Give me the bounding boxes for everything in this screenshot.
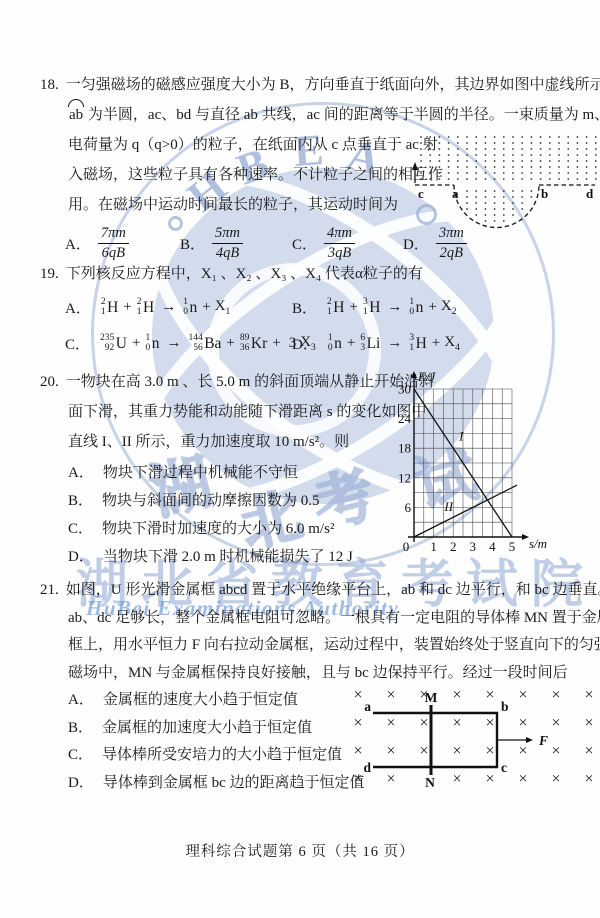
field-dot (503, 166, 505, 168)
q18-magnetic-field-diagram: cabd (408, 128, 600, 232)
x-tick-label: 5 (509, 539, 516, 554)
field-dot (521, 142, 523, 144)
option-label: B． (292, 297, 317, 318)
stem-text: 如图，U 形光滑金属框 abcd 置于水平绝缘平台上，ab 和 dc 边平行，和… (66, 582, 600, 598)
field-dot (494, 220, 496, 222)
line-label-II: II (443, 499, 453, 514)
field-x-mark: × (353, 771, 362, 788)
field-dot (577, 154, 579, 156)
particle-x: X4 (444, 334, 460, 353)
field-dot (494, 154, 496, 156)
y-axis-title: E/J (417, 369, 437, 384)
field-dot (512, 202, 514, 204)
stem-text: 为半圆，ac、bd 与直径 ab 共线，ac 间的距离等于半圆的半径。一束质量为… (84, 107, 600, 123)
label-c: c (501, 760, 507, 775)
field-dot (494, 136, 496, 138)
reaction-arrow: → (166, 335, 181, 352)
field-dot (558, 136, 560, 138)
field-dot (512, 166, 514, 168)
field-x-mark: × (485, 715, 494, 732)
field-dot (420, 172, 422, 174)
field-dot (485, 148, 487, 150)
field-dot (586, 154, 588, 156)
field-dot (521, 202, 523, 204)
field-dot (475, 178, 477, 180)
field-dot (549, 148, 551, 150)
field-dot (494, 208, 496, 210)
field-dot (512, 214, 514, 216)
field-x-mark: × (386, 715, 395, 732)
field-dot (531, 148, 533, 150)
eq-operator: + (349, 299, 357, 316)
field-dot (466, 160, 468, 162)
field-dot (558, 166, 560, 168)
field-dot (595, 172, 597, 174)
field-dot (521, 160, 523, 162)
field-x-mark: × (386, 771, 395, 788)
field-dot (595, 178, 597, 180)
label-b: b (501, 699, 509, 714)
field-dot (494, 196, 496, 198)
field-dot (448, 166, 450, 168)
question-20: 20.一物块在高 3.0 m 、长 5.0 m 的斜面顶端从静止开始沿斜 面下滑… (40, 367, 398, 571)
field-dot (512, 154, 514, 156)
field-dot (567, 148, 569, 150)
exam-page: H B E A 湖 北 考 试 湖北省教育考试院 HuBei Examinati… (0, 0, 600, 918)
particle-x: X2 (441, 298, 457, 317)
option-label: D． (292, 333, 318, 354)
field-dot (558, 172, 560, 174)
field-dot (521, 154, 523, 156)
field-dot (567, 160, 569, 162)
field-dot (586, 178, 588, 180)
field-dot (531, 196, 533, 198)
nuclide: 10n (409, 298, 423, 318)
fraction: 7πm6qB (98, 225, 129, 262)
field-dot (512, 148, 514, 150)
nuclide: 23592U (100, 334, 127, 354)
field-dot (485, 214, 487, 216)
field-dot (595, 160, 597, 162)
field-dot (439, 178, 441, 180)
field-dot (466, 202, 468, 204)
field-x-mark: × (551, 687, 560, 704)
field-dot (512, 136, 514, 138)
option-a: A．物块下滑过程中机械能不守恒 (40, 459, 398, 487)
field-dot (586, 136, 588, 138)
field-dot (521, 190, 523, 192)
field-dot (429, 178, 431, 180)
field-x-mark: × (452, 715, 461, 732)
field-x-mark: × (518, 771, 527, 788)
field-x-mark: × (584, 743, 593, 760)
field-dot (448, 178, 450, 180)
field-dot (540, 148, 542, 150)
arc-ab-label: ab (68, 100, 84, 130)
option-c: C．4πm3qB (292, 225, 355, 262)
field-dot (457, 142, 459, 144)
field-dot (521, 178, 523, 180)
field-dot (475, 196, 477, 198)
field-x-mark: × (419, 743, 428, 760)
eq-operator: + (432, 335, 440, 352)
field-dot (567, 136, 569, 138)
field-x-mark: × (353, 743, 362, 760)
field-dot (448, 154, 450, 156)
field-dot (475, 136, 477, 138)
field-dot (457, 160, 459, 162)
field-dot (485, 172, 487, 174)
q18-stem-line: 18.一匀强磁场的磁感应强度大小为 B，方向垂直于纸面向外，其边界如图中虚线所示… (40, 70, 580, 100)
field-dot (466, 142, 468, 144)
field-dot (457, 166, 459, 168)
field-dot (586, 142, 588, 144)
field-dot (512, 196, 514, 198)
question-number: 18. (40, 77, 59, 93)
field-dot (540, 160, 542, 162)
field-dot (521, 208, 523, 210)
eq-operator: + (132, 335, 140, 352)
eq-operator: + (428, 299, 436, 316)
field-dot (429, 166, 431, 168)
field-dot (503, 154, 505, 156)
field-dot (503, 190, 505, 192)
field-dot (549, 154, 551, 156)
page-footer: 理科综合试题第 6 页（共 16 页） (0, 840, 600, 861)
field-dot (485, 208, 487, 210)
field-dot (429, 172, 431, 174)
field-dot (457, 172, 459, 174)
field-x-mark: × (452, 743, 461, 760)
field-dot (521, 172, 523, 174)
field-dot (485, 190, 487, 192)
eq-operator: + (123, 299, 131, 316)
option-d: D．10n+63Li→31H+X4 (292, 333, 460, 354)
eq-operator: + (202, 299, 210, 316)
field-dot (558, 160, 560, 162)
option-a: A．21H+21H→10n+X1 (65, 297, 230, 318)
field-x-mark: × (551, 743, 560, 760)
option-b: B．物块与斜面间的动摩擦因数为 0.5 (40, 487, 398, 515)
field-dot (420, 154, 422, 156)
field-dot (531, 178, 533, 180)
field-dot (531, 142, 533, 144)
line-label-I: I (458, 428, 464, 443)
field-dot (466, 148, 468, 150)
field-dot (567, 142, 569, 144)
field-dot (531, 136, 533, 138)
field-dot (531, 166, 533, 168)
reaction-arrow: → (387, 299, 402, 316)
field-dot (439, 166, 441, 168)
x-tick-label: 1 (430, 539, 437, 554)
point-label-b: b (541, 186, 548, 201)
field-dot (531, 172, 533, 174)
field-dot (485, 142, 487, 144)
field-dot (420, 166, 422, 168)
field-x-mark: × (353, 715, 362, 732)
field-dot (595, 154, 597, 156)
field-dot (521, 136, 523, 138)
field-dot (494, 148, 496, 150)
nuclide: 21H (137, 298, 154, 318)
field-dot (503, 220, 505, 222)
field-dot (577, 160, 579, 162)
field-dot (503, 142, 505, 144)
field-x-mark: × (551, 771, 560, 788)
y-tick-label: 18 (398, 441, 411, 456)
field-x-mark: × (584, 687, 593, 704)
field-dot (475, 160, 477, 162)
field-dot (485, 136, 487, 138)
field-dot (567, 172, 569, 174)
field-dot (439, 136, 441, 138)
field-dot (540, 166, 542, 168)
x-axis-arrow (522, 534, 529, 540)
q21-circuit-frame-diagram: ×××××××××××××××××××××××××××××××MNabdcF (350, 682, 600, 804)
field-dot (448, 172, 450, 174)
field-dot (466, 154, 468, 156)
field-dot (577, 172, 579, 174)
field-dot (485, 166, 487, 168)
question-number: 20. (40, 374, 59, 390)
field-dot (494, 142, 496, 144)
nuclide: 21H (327, 298, 344, 318)
field-dot (521, 166, 523, 168)
label-N: N (425, 775, 435, 790)
field-dot (457, 178, 459, 180)
field-x-mark: × (386, 687, 395, 704)
field-dot (475, 148, 477, 150)
x-tick-label: 0 (403, 539, 410, 554)
nuclide: 10n (328, 334, 342, 354)
option-label: B． (180, 233, 205, 254)
point-label-c: c (418, 186, 424, 201)
field-dot (439, 142, 441, 144)
field-dot (494, 214, 496, 216)
option-b: B．5πm4qB (180, 225, 243, 262)
x-axis-title: s/m (529, 536, 547, 551)
field-dot (567, 166, 569, 168)
field-dot (512, 142, 514, 144)
stem-text: 下列核反应方程中，X₁ 、X₂ 、X₃ 、X₄ 代表α粒子的有 (66, 266, 423, 282)
field-dot (558, 142, 560, 144)
field-dot (512, 208, 514, 210)
label-d: d (363, 760, 371, 775)
point-label-d: d (586, 186, 594, 201)
q20-stem-line: 面下滑，其重力势能和动能随下滑距离 s 的变化如图中 (40, 397, 398, 427)
field-dot (439, 148, 441, 150)
label-a: a (364, 699, 371, 714)
field-x-mark: × (419, 715, 428, 732)
field-dot (457, 154, 459, 156)
option-c: C．物块下滑时加速度的大小为 6.0 m/s² (40, 515, 398, 543)
nuclide: 8936Kr (240, 334, 267, 354)
field-dot (549, 166, 551, 168)
field-x-mark: × (353, 687, 362, 704)
field-dot (439, 172, 441, 174)
field-dot (558, 154, 560, 156)
field-dot (540, 172, 542, 174)
field-dot (420, 178, 422, 180)
field-dot (531, 160, 533, 162)
field-dot (466, 196, 468, 198)
field-x-mark: × (584, 771, 593, 788)
field-dot (586, 160, 588, 162)
field-dot (503, 208, 505, 210)
field-dot (577, 148, 579, 150)
field-dot (475, 172, 477, 174)
field-dot (439, 160, 441, 162)
eq-operator: + (347, 335, 355, 352)
field-dot (494, 166, 496, 168)
fraction: 4πm3qB (324, 225, 355, 262)
field-dot (475, 202, 477, 204)
q20-energy-graph: 612182430012345E/Js/mIII (396, 368, 554, 566)
y-axis-arrow (411, 371, 417, 378)
question-number: 19. (40, 266, 59, 282)
q20-stem-line: 直线 I、II 所示，重力加速度取 10 m/s²。则 (40, 427, 398, 457)
field-dot (512, 160, 514, 162)
field-dot (429, 154, 431, 156)
eq-operator: + (226, 335, 234, 352)
field-dot (558, 178, 560, 180)
field-dot (531, 154, 533, 156)
q21-stem-line: 框上，用水平恒力 F 向右拉动金属框，运动过程中，装置始终处于竖直向下的匀强 (40, 632, 580, 660)
field-dot (577, 166, 579, 168)
field-dot (549, 142, 551, 144)
field-dot (485, 178, 487, 180)
field-x-mark: × (518, 743, 527, 760)
y-tick-label: 12 (398, 470, 411, 485)
field-dot (512, 190, 514, 192)
field-dot (558, 148, 560, 150)
nuclide: 14456Ba (188, 334, 221, 354)
field-dot (595, 142, 597, 144)
field-dot (494, 160, 496, 162)
field-dot (503, 214, 505, 216)
nuclide: 63Li (360, 334, 380, 354)
field-dot (420, 148, 422, 150)
field-dot (521, 196, 523, 198)
field-dot (448, 160, 450, 162)
field-dot (466, 136, 468, 138)
field-dot (494, 190, 496, 192)
x-tick-label: 2 (450, 539, 457, 554)
field-dot (494, 172, 496, 174)
field-dot (466, 208, 468, 210)
field-dot (586, 172, 588, 174)
reaction-arrow: → (161, 299, 176, 316)
field-dot (494, 202, 496, 204)
field-dot (503, 178, 505, 180)
field-dot (475, 142, 477, 144)
stem-text: 一物块在高 3.0 m 、长 5.0 m 的斜面顶端从静止开始沿斜 (66, 374, 434, 390)
field-x-mark: × (452, 687, 461, 704)
field-dot (503, 160, 505, 162)
eq-operator: + (272, 335, 280, 352)
field-dot (429, 136, 431, 138)
field-dot (466, 190, 468, 192)
field-dot (577, 178, 579, 180)
field-dot (540, 136, 542, 138)
entry-arrowhead (412, 162, 418, 170)
field-dot (466, 172, 468, 174)
field-dot (503, 172, 505, 174)
field-x-mark: × (485, 743, 494, 760)
field-x-mark: × (518, 715, 527, 732)
field-x-mark: × (551, 715, 560, 732)
field-x-mark: × (452, 771, 461, 788)
field-dot (429, 142, 431, 144)
field-dot (485, 220, 487, 222)
field-dot (540, 154, 542, 156)
force-arrowhead (526, 737, 533, 743)
q21-stem-line: ab、dc 足够长，整个金属框电阻可忽略。一根具有一定电阻的导体棒 MN 置于金… (40, 605, 580, 633)
fraction: 5πm4qB (212, 225, 243, 262)
field-dot (586, 148, 588, 150)
nuclide: 31H (409, 334, 426, 354)
field-dot (485, 196, 487, 198)
field-dot (503, 136, 505, 138)
field-dot (466, 166, 468, 168)
option-d: D．当物块下滑 2.0 m 时机械能损失了 12 J (40, 543, 398, 571)
field-dot (429, 148, 431, 150)
field-dot (567, 154, 569, 156)
field-dot (586, 166, 588, 168)
q20-stem-line: 20.一物块在高 3.0 m 、长 5.0 m 的斜面顶端从静止开始沿斜 (40, 367, 398, 397)
field-dot (494, 178, 496, 180)
x-tick-label: 4 (489, 539, 496, 554)
x-tick-label: 3 (470, 539, 477, 554)
option-label: C． (65, 333, 90, 354)
field-dot (512, 172, 514, 174)
question-number: 21. (40, 582, 59, 598)
line-II (414, 485, 517, 537)
option-c: C．23592U+10n→14456Ba+8936Kr+3X3 (65, 333, 316, 354)
field-dot (429, 160, 431, 162)
option-label: C． (292, 233, 317, 254)
y-tick-label: 24 (398, 411, 412, 426)
field-dot (485, 154, 487, 156)
field-dot (485, 160, 487, 162)
field-dot (595, 148, 597, 150)
field-x-mark: × (485, 771, 494, 788)
reaction-arrow: → (387, 335, 402, 352)
field-dot (540, 142, 542, 144)
field-dot (595, 166, 597, 168)
field-dot (457, 136, 459, 138)
y-tick-label: 30 (398, 382, 411, 397)
nuclide: 31H (363, 298, 380, 318)
field-dot (567, 178, 569, 180)
field-dot (503, 202, 505, 204)
label-F: F (538, 733, 548, 748)
nuclide: 10n (183, 298, 197, 318)
option-a: A．7πm6qB (65, 225, 129, 262)
option-label: D． (403, 233, 429, 254)
field-x-mark: × (485, 687, 494, 704)
field-dot (420, 142, 422, 144)
q18-stem-line: ab 为半圆，ac、bd 与直径 ab 共线，ac 间的距离等于半圆的半径。一束… (40, 100, 580, 130)
field-dot (475, 214, 477, 216)
field-dot (475, 208, 477, 210)
field-dot (420, 160, 422, 162)
field-dot (549, 160, 551, 162)
nuclide: 10n (145, 334, 159, 354)
nuclide: 21H (101, 298, 118, 318)
field-dot (503, 148, 505, 150)
